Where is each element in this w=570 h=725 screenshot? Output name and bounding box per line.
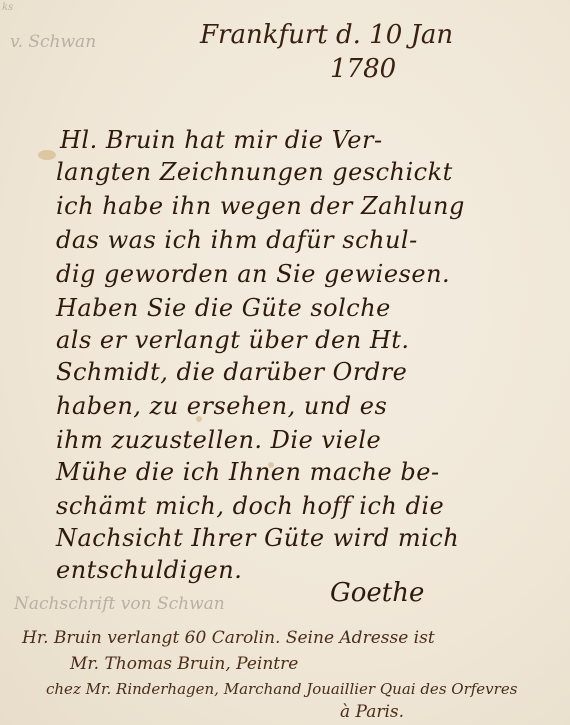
dateline-year: 1780 <box>330 54 396 84</box>
letter-line: Mühe die ich Ihnen mache be- <box>56 458 440 486</box>
letter-page: ks v. Schwan Frankfurt d. 10 Jan 1780 Hl… <box>0 0 570 725</box>
letter-line: als er verlangt über den Ht. <box>56 326 410 354</box>
postscript-line: à Paris. <box>340 702 404 722</box>
letter-line: haben, zu ersehen, und es <box>56 392 387 420</box>
pencil-corner-mark: ks <box>2 2 13 13</box>
letter-line: Nachsicht Ihrer Güte wird mich <box>56 524 459 552</box>
letter-line: ich habe ihn wegen der Zahlung <box>56 192 465 220</box>
pencil-note-bottom: Nachschrift von Schwan <box>14 594 225 614</box>
postscript-line: Hr. Bruin verlangt 60 Carolin. Seine Adr… <box>22 628 435 648</box>
letter-line: Haben Sie die Güte solche <box>56 294 391 322</box>
letter-line: Schmidt, die darüber Ordre <box>56 358 407 386</box>
letter-line: dig geworden an Sie gewiesen. <box>56 260 450 288</box>
letter-line: das was ich ihm dafür schul- <box>56 226 418 254</box>
letter-line: langten Zeichnungen geschickt <box>56 158 453 186</box>
postscript-line: Mr. Thomas Bruin, Peintre <box>70 654 298 674</box>
letter-line: Hl. Bruin hat mir die Ver- <box>60 126 383 154</box>
letter-line: ihm zuzustellen. Die viele <box>56 426 381 454</box>
signature: Goethe <box>330 578 424 608</box>
postscript-line: chez Mr. Rinderhagen, Marchand Jouaillie… <box>46 680 517 698</box>
letter-line: entschuldigen. <box>56 556 242 584</box>
ink-stain <box>38 150 56 160</box>
pencil-note-top: v. Schwan <box>10 32 96 52</box>
dateline-place-date: Frankfurt d. 10 Jan <box>200 20 453 50</box>
letter-line: schämt mich, doch hoff ich die <box>56 492 444 520</box>
